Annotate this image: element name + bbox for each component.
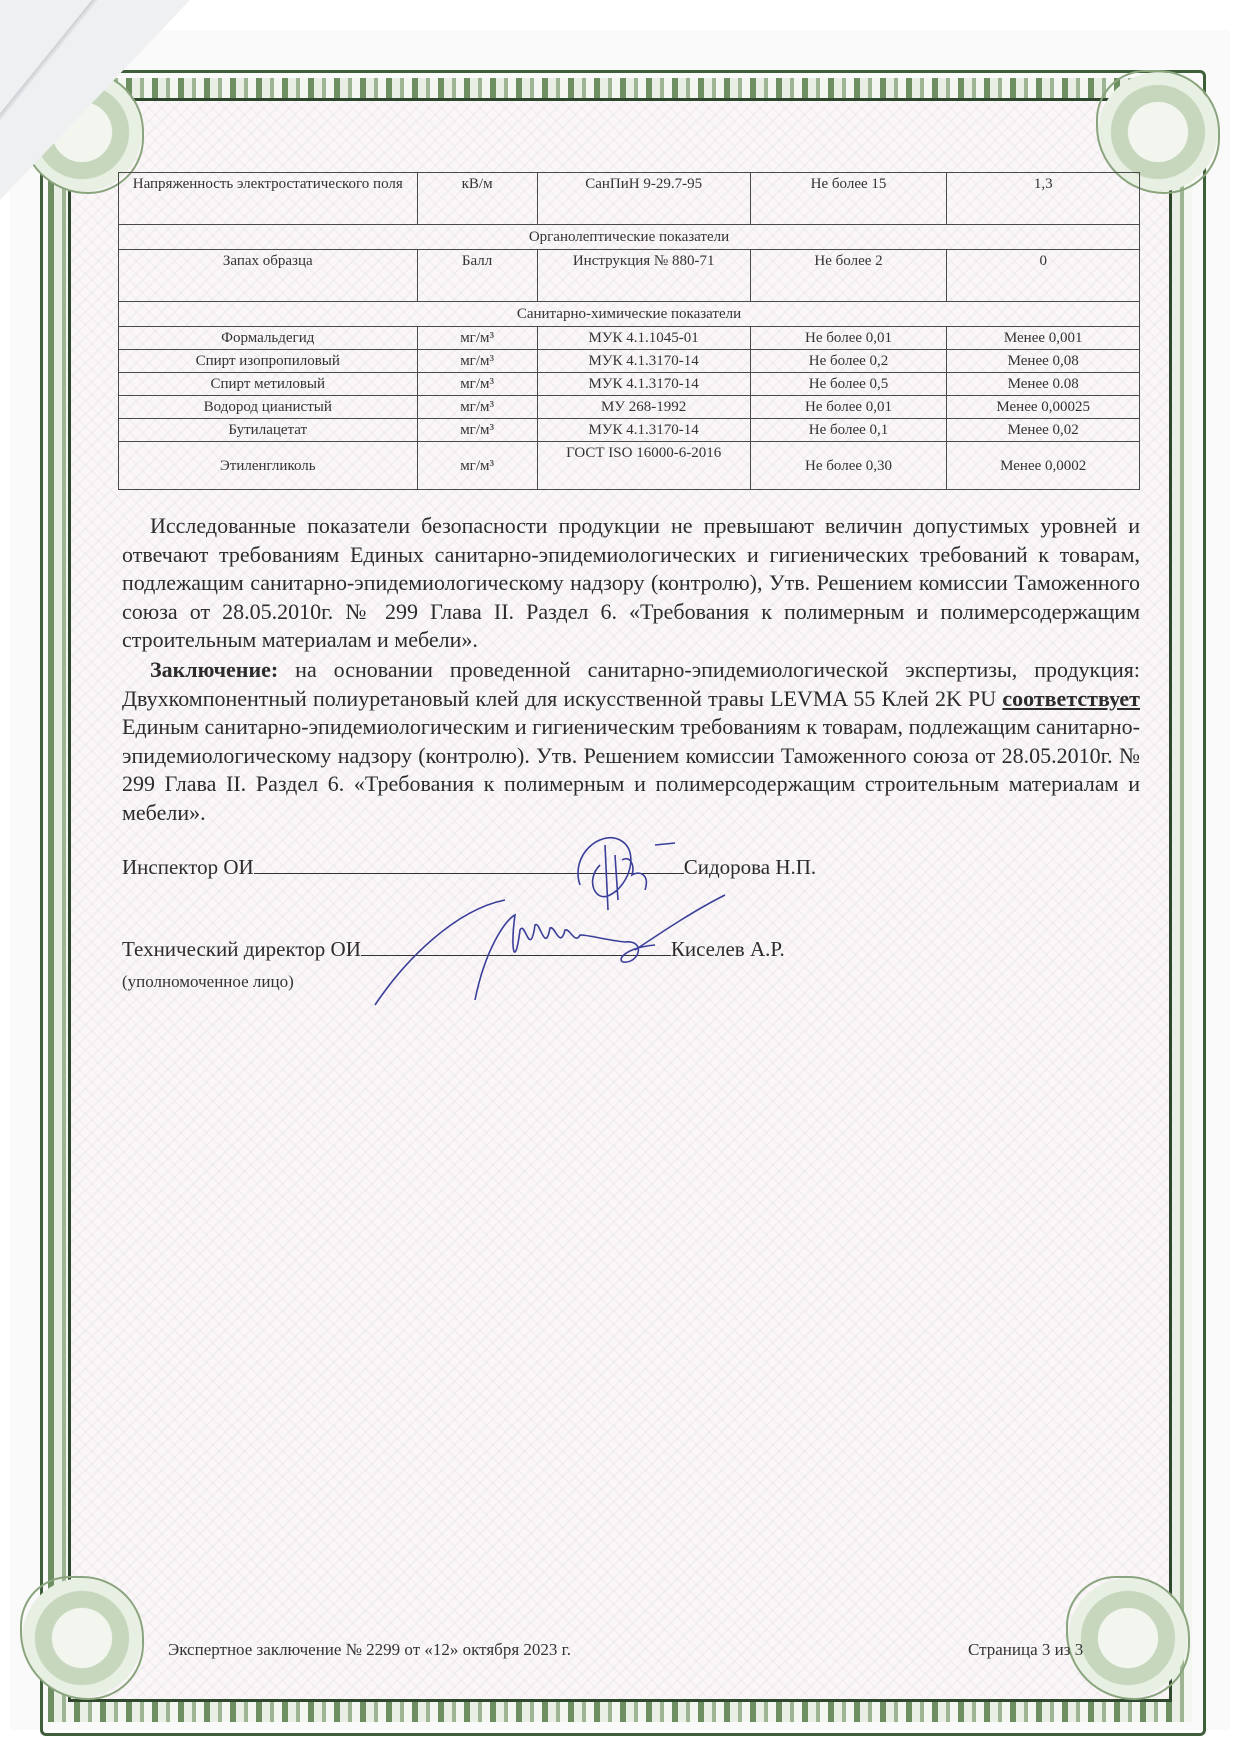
conclusion-paragraph: Заключение: на основании проведенной сан… <box>122 656 1140 827</box>
table-row: Формальдегид мг/м³ МУК 4.1.1045-01 Не бо… <box>119 327 1140 350</box>
norm-cell: Не более 0,1 <box>750 419 947 442</box>
results-table: Напряженность электростатического поля к… <box>118 172 1140 490</box>
result-cell: Менее 0,08 <box>947 350 1140 373</box>
safety-paragraph-text: Исследованные показатели безопасности пр… <box>122 513 1140 652</box>
conclusion-label: Заключение: <box>150 657 278 682</box>
page-of: из <box>1055 1640 1071 1659</box>
method-cell: СанПиН 9-29.7-95 <box>537 173 750 225</box>
method-cell: МУК 4.1.3170-14 <box>537 350 750 373</box>
safety-paragraph: Исследованные показатели безопасности пр… <box>122 512 1140 655</box>
table-row: Запах образца Балл Инструкция № 880-71 Н… <box>119 250 1140 302</box>
result-cell: Менее 0.08 <box>947 373 1140 396</box>
unit-cell: мг/м³ <box>417 350 537 373</box>
result-cell: Менее 0,02 <box>947 419 1140 442</box>
indicator-cell: Водород цианистый <box>119 396 418 419</box>
norm-cell: Не более 0,01 <box>750 396 947 419</box>
indicator-cell: Этиленгликоль <box>119 442 418 490</box>
unit-cell: мг/м³ <box>417 396 537 419</box>
indicator-cell: Запах образца <box>119 250 418 302</box>
unit-cell: мг/м³ <box>417 442 537 490</box>
director-title: Технический директор ОИ <box>122 937 361 961</box>
result-cell: 0 <box>947 250 1140 302</box>
indicator-cell: Спирт метиловый <box>119 373 418 396</box>
method-cell: МУК 4.1.3170-14 <box>537 419 750 442</box>
folded-corner <box>0 0 190 200</box>
method-cell: ГОСТ ISO 16000-6-2016 <box>537 442 750 490</box>
norm-cell: Не более 0,01 <box>750 327 947 350</box>
unit-cell: мг/м³ <box>417 327 537 350</box>
norm-cell: Не более 0,30 <box>750 442 947 490</box>
unit-cell: кВ/м <box>417 173 537 225</box>
method-cell: МУК 4.1.3170-14 <box>537 373 750 396</box>
table-section-row: Органолептические показатели <box>119 225 1140 250</box>
unit-cell: мг/м³ <box>417 373 537 396</box>
table-row: Этиленгликоль мг/м³ ГОСТ ISO 16000-6-201… <box>119 442 1140 490</box>
table-section-row: Санитарно-химические показатели <box>119 302 1140 327</box>
result-cell: Менее 0,001 <box>947 327 1140 350</box>
norm-cell: Не более 0,5 <box>750 373 947 396</box>
page-total: 3 <box>1075 1640 1084 1659</box>
document-reference: Экспертное заключение № 2299 от «12» окт… <box>168 1640 571 1660</box>
unit-cell: мг/м³ <box>417 419 537 442</box>
table-row: Напряженность электростатического поля к… <box>119 173 1140 225</box>
director-signature-icon <box>365 890 745 1010</box>
method-cell: МУК 4.1.1045-01 <box>537 327 750 350</box>
table-row: Бутилацетат мг/м³ МУК 4.1.3170-14 Не бол… <box>119 419 1140 442</box>
method-cell: Инструкция № 880-71 <box>537 250 750 302</box>
conclusion-text-after: Единым санитарно-эпидемиологическим и ги… <box>122 714 1140 825</box>
table-row: Водород цианистый мг/м³ МУ 268-1992 Не б… <box>119 396 1140 419</box>
page-label: Страница <box>968 1640 1038 1659</box>
norm-cell: Не более 2 <box>750 250 947 302</box>
indicator-cell: Бутилацетат <box>119 419 418 442</box>
inspector-title: Инспектор ОИ <box>122 855 254 879</box>
page-current: 3 <box>1042 1640 1051 1659</box>
norm-cell: Не более 0,2 <box>750 350 947 373</box>
document-content: Напряженность электростатического поля к… <box>0 0 1240 1754</box>
result-cell: Менее 0,00025 <box>947 396 1140 419</box>
result-cell: 1,3 <box>947 173 1140 225</box>
conclusion-verdict: соответствует <box>1002 686 1140 711</box>
unit-cell: Балл <box>417 250 537 302</box>
page-number: Страница 3 из 3 <box>968 1640 1083 1660</box>
result-cell: Менее 0,0002 <box>947 442 1140 490</box>
section-title: Органолептические показатели <box>119 225 1140 250</box>
indicator-cell: Спирт изопропиловый <box>119 350 418 373</box>
indicator-cell: Формальдегид <box>119 327 418 350</box>
section-title: Санитарно-химические показатели <box>119 302 1140 327</box>
table-row: Спирт метиловый мг/м³ МУК 4.1.3170-14 Не… <box>119 373 1140 396</box>
norm-cell: Не более 15 <box>750 173 947 225</box>
inspector-signature-line: Инспектор ОИСидорова Н.П. <box>122 855 816 880</box>
method-cell: МУ 268-1992 <box>537 396 750 419</box>
table-row: Спирт изопропиловый мг/м³ МУК 4.1.3170-1… <box>119 350 1140 373</box>
director-note: (уполномоченное лицо) <box>122 972 294 992</box>
